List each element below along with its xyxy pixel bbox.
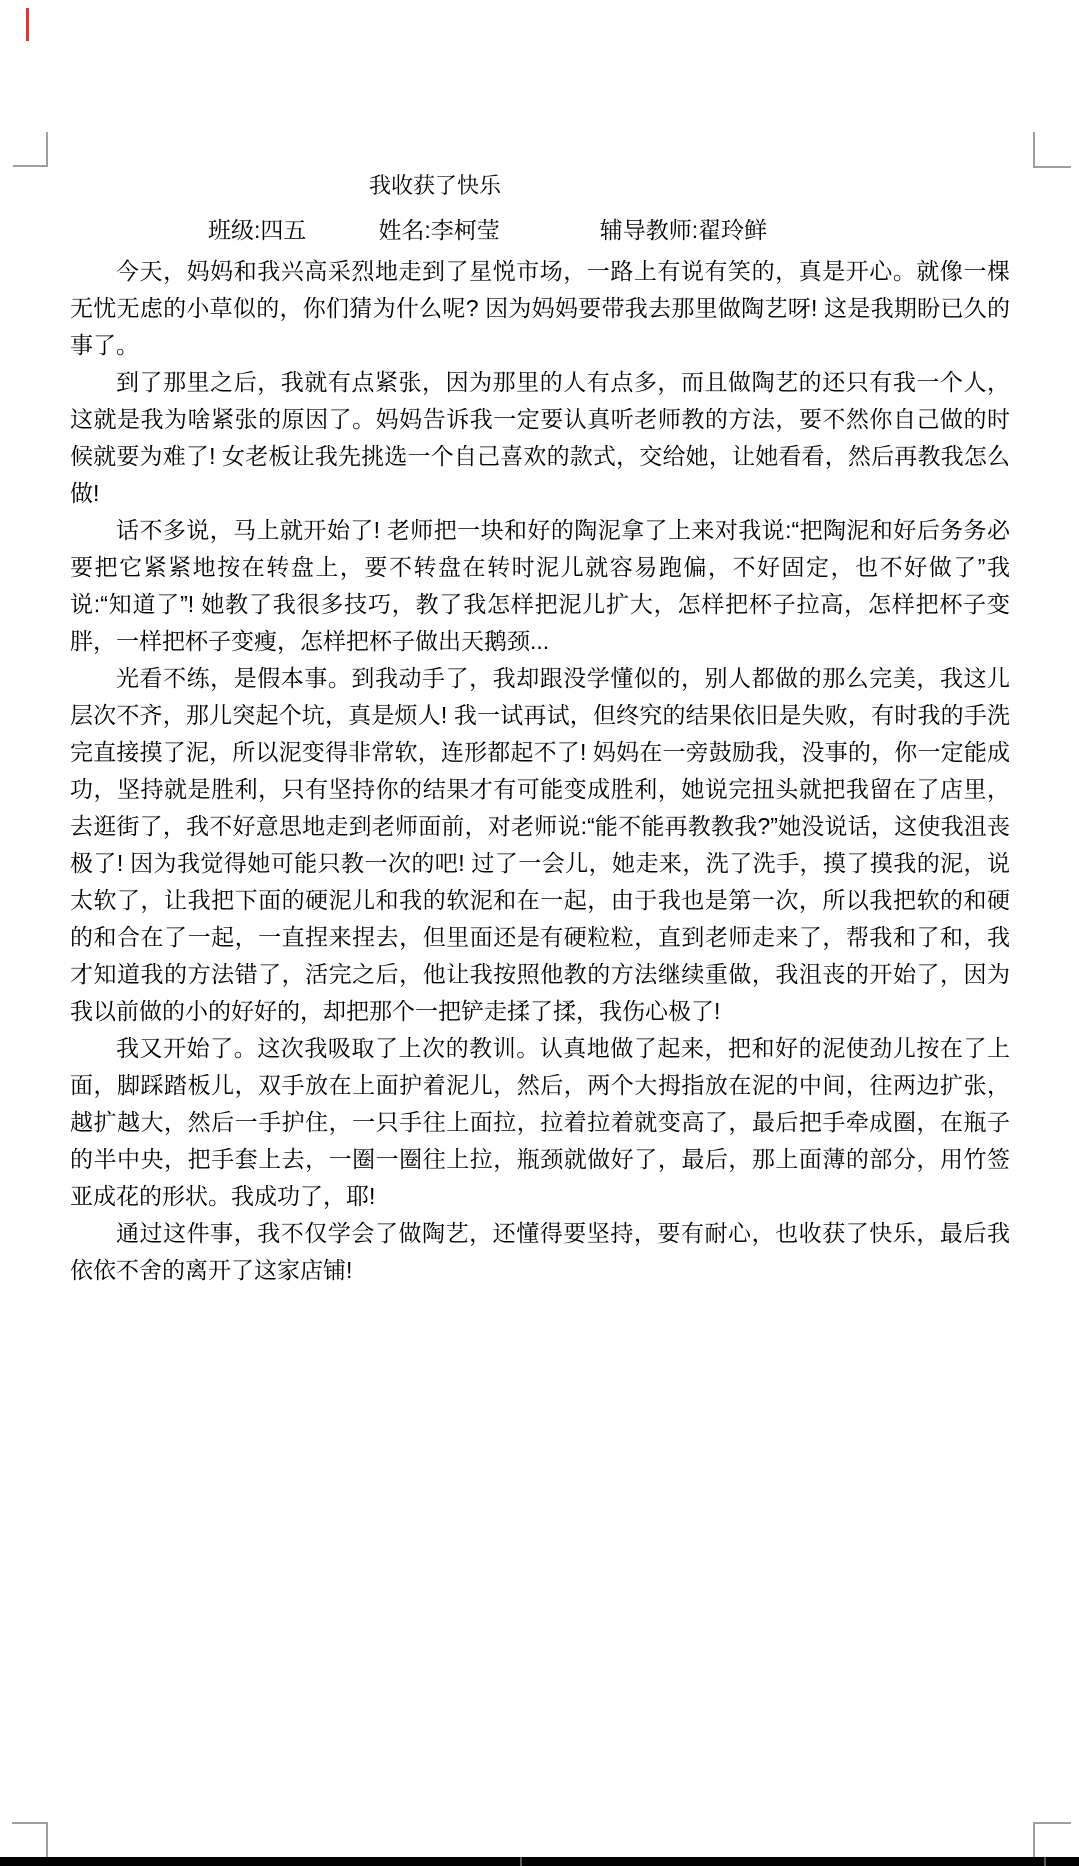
essay-paragraph: 到了那里之后，我就有点紧张，因为那里的人有点多，而且做陶艺的还只有我一个人，这就… xyxy=(70,364,1010,512)
margin-crop-mark-bottom-left xyxy=(12,1822,48,1858)
document-content[interactable]: 我收获了快乐 班级:四五 姓名:李柯莹 辅导教师:翟玲鲜 今天，妈妈和我兴高采烈… xyxy=(70,172,1010,1289)
margin-crop-mark-top-left xyxy=(13,132,48,167)
margin-crop-mark-top-right xyxy=(1033,132,1071,168)
document-page[interactable]: 我收获了快乐 班级:四五 姓名:李柯莹 辅导教师:翟玲鲜 今天，妈妈和我兴高采烈… xyxy=(0,0,1079,1866)
essay-paragraph: 光看不练，是假本事。到我动手了，我却跟没学懂似的，别人都做的那么完美，我这儿层次… xyxy=(70,660,1010,1030)
red-annotation-mark xyxy=(26,8,29,41)
essay-body: 今天，妈妈和我兴高采烈地走到了星悦市场，一路上有说有笑的，真是开心。就像一棵无忧… xyxy=(70,253,1010,1289)
essay-paragraph: 通过这件事，我不仅学会了做陶艺，还懂得要坚持，要有耐心，也收获了快乐，最后我依依… xyxy=(70,1215,1010,1289)
margin-crop-mark-bottom-right xyxy=(1033,1822,1071,1858)
bottom-bar xyxy=(0,1857,1079,1866)
teacher-field: 辅导教师:翟玲鲜 xyxy=(600,216,767,244)
essay-meta-row: 班级:四五 姓名:李柯莹 辅导教师:翟玲鲜 xyxy=(70,216,1010,244)
class-field: 班级:四五 xyxy=(208,216,306,244)
student-name-field: 姓名:李柯莹 xyxy=(378,216,499,244)
essay-paragraph: 今天，妈妈和我兴高采烈地走到了星悦市场，一路上有说有笑的，真是开心。就像一棵无忧… xyxy=(70,253,1010,364)
essay-title: 我收获了快乐 xyxy=(70,172,800,200)
essay-paragraph: 我又开始了。这次我吸取了上次的教训。认真地做了起来，把和好的泥使劲儿按在了上面，… xyxy=(70,1030,1010,1215)
bottom-bar-separator xyxy=(520,1857,522,1866)
essay-paragraph: 话不多说，马上就开始了! 老师把一块和好的陶泥拿了上来对我说:“把陶泥和好后务务… xyxy=(70,512,1010,660)
bottom-bar-separator xyxy=(1044,1857,1046,1866)
